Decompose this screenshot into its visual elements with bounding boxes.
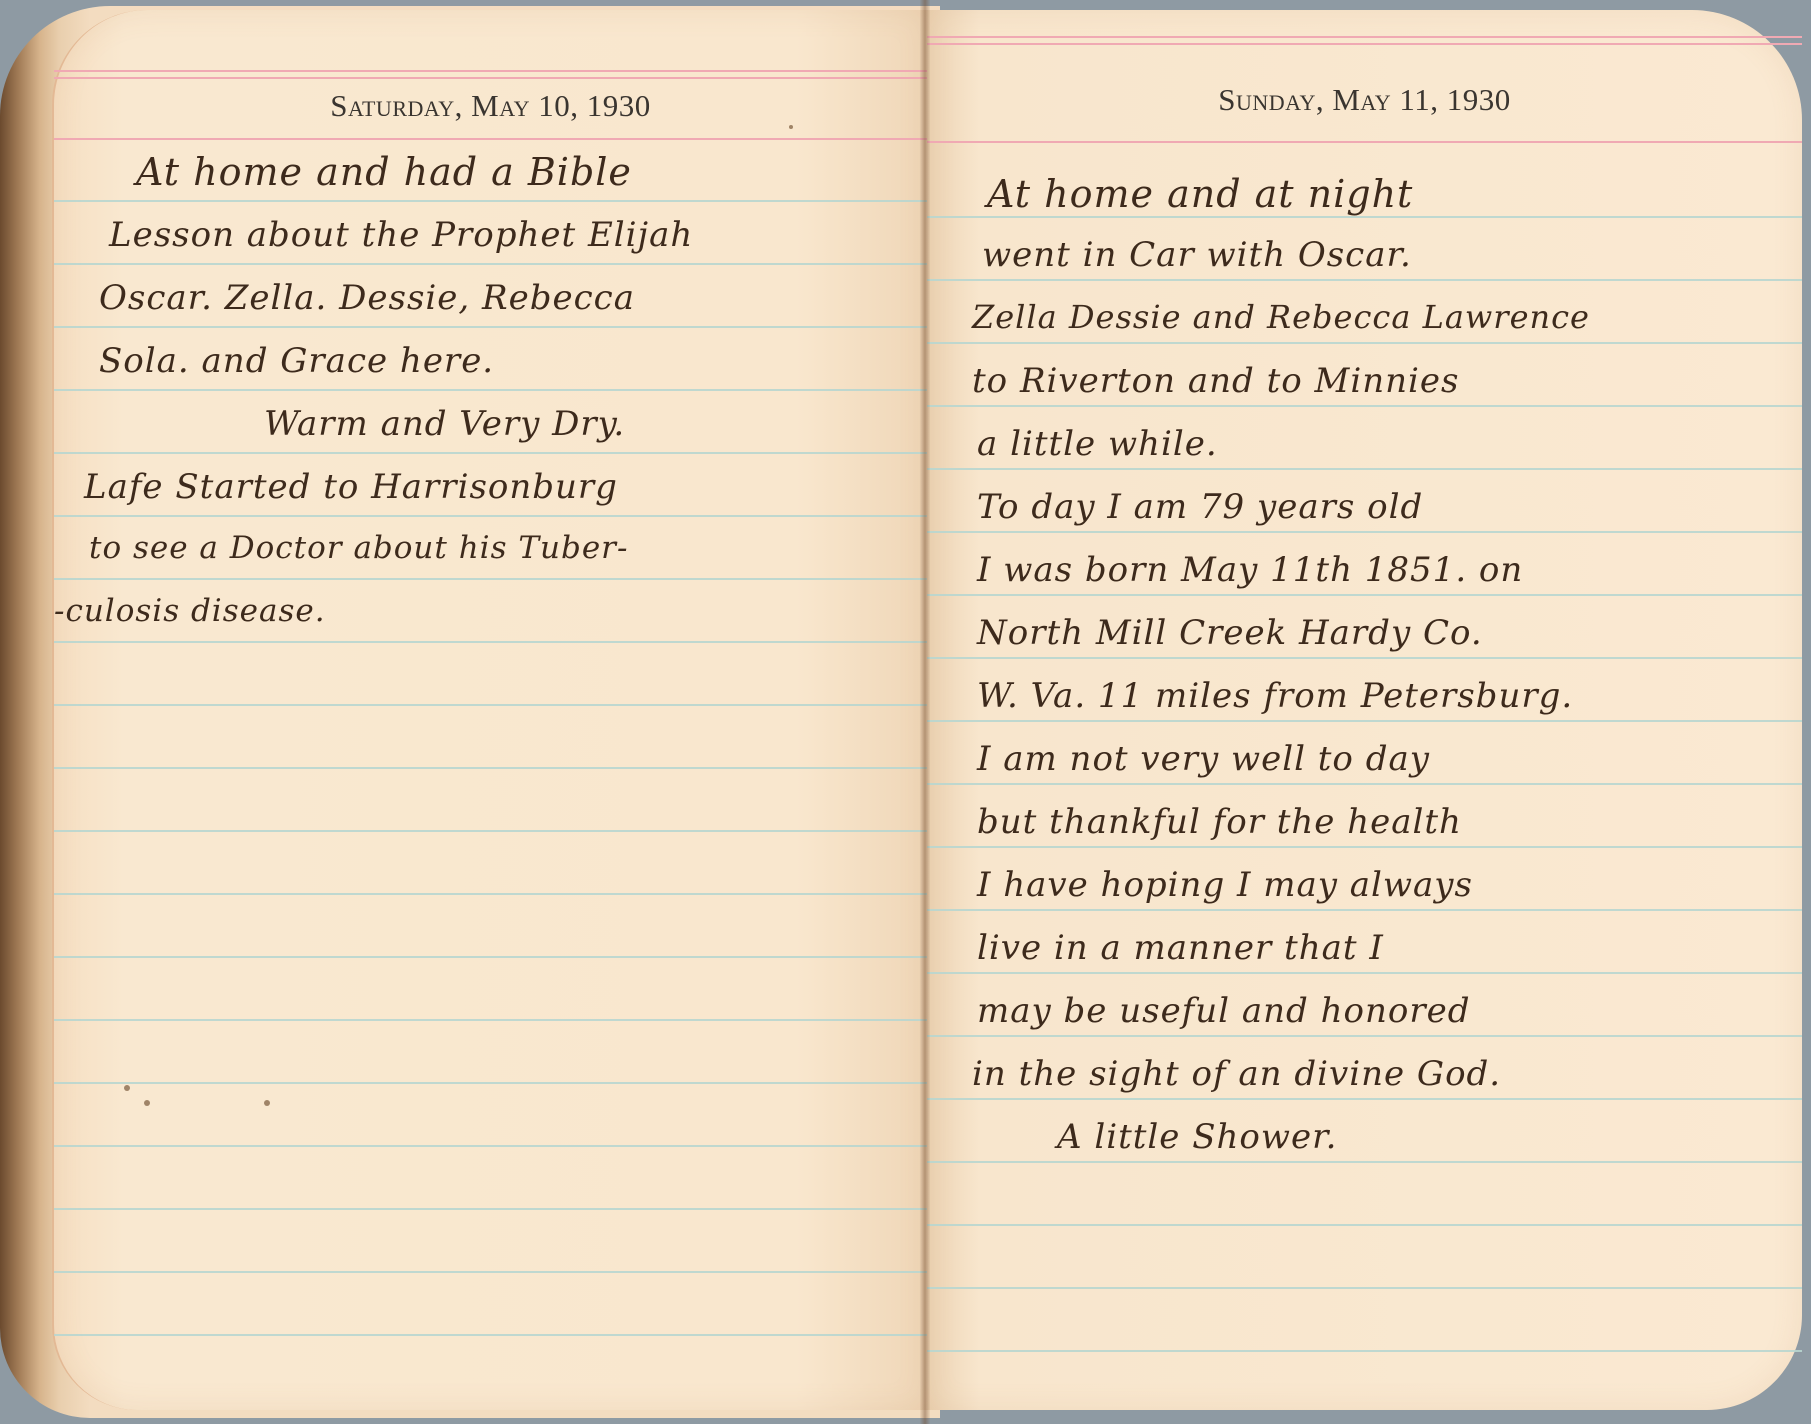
handwritten-line: but thankful for the health (977, 802, 1462, 842)
ink-spot (264, 1100, 270, 1106)
ruled-line (54, 641, 927, 643)
ruled-line (54, 515, 927, 517)
right-page: Sunday, May 11, 1930 At home and at nigh… (927, 10, 1802, 1410)
handwritten-line: Oscar. Zella. Dessie, Rebecca (99, 278, 635, 318)
ruled-line (927, 1098, 1802, 1100)
handwritten-line: At home and had a Bible (136, 150, 632, 194)
ruled-line (927, 972, 1802, 974)
handwritten-line: to see a Doctor about his Tuber- (89, 530, 628, 566)
ruled-line (54, 1019, 927, 1021)
handwritten-line: a little while. (977, 424, 1218, 464)
ruled-line (927, 1350, 1802, 1352)
ruled-line (54, 326, 927, 328)
handwritten-line: Warm and Very Dry. (264, 404, 625, 444)
handwritten-line: to Riverton and to Minnies (972, 361, 1459, 401)
ruled-line (927, 909, 1802, 911)
ruled-line (927, 216, 1802, 218)
ruled-line (54, 578, 927, 580)
handwritten-line: I was born May 11th 1851. on (977, 550, 1523, 590)
ruled-line (927, 1161, 1802, 1163)
ink-spot (789, 125, 793, 129)
handwritten-line: Lafe Started to Harrisonburg (84, 467, 618, 507)
pink-rule (927, 36, 1802, 38)
ruled-line (927, 1035, 1802, 1037)
handwritten-line: At home and at night (987, 172, 1413, 216)
handwritten-line: -culosis disease. (54, 593, 326, 629)
handwritten-line: Lesson about the Prophet Elijah (109, 215, 693, 255)
right-date-header: Sunday, May 11, 1930 (927, 82, 1802, 118)
ruled-line (54, 1271, 927, 1273)
ruled-line (54, 1145, 927, 1147)
ruled-line (54, 893, 927, 895)
handwritten-line: Sola. and Grace here. (99, 341, 494, 381)
ruled-line (54, 767, 927, 769)
ruled-line (927, 720, 1802, 722)
handwritten-line: may be useful and honored (977, 991, 1470, 1031)
left-date-header: Saturday, May 10, 1930 (54, 88, 927, 124)
handwritten-line: To day I am 79 years old (977, 487, 1423, 527)
ruled-line (927, 783, 1802, 785)
ruled-line (927, 1224, 1802, 1226)
ruled-line (927, 405, 1802, 407)
ruled-line (927, 468, 1802, 470)
handwritten-line: live in a manner that I (977, 928, 1384, 968)
ruled-line (54, 956, 927, 958)
handwritten-line: Zella Dessie and Rebecca Lawrence (972, 298, 1590, 336)
handwritten-line: W. Va. 11 miles from Petersburg. (977, 676, 1573, 716)
ruled-line (54, 1334, 927, 1336)
ink-spot (124, 1085, 130, 1091)
ruled-line (54, 704, 927, 706)
pink-rule (54, 70, 927, 72)
ink-spot (144, 1100, 150, 1106)
handwritten-line: in the sight of an divine God. (972, 1054, 1501, 1094)
pink-rule (927, 43, 1802, 45)
pink-rule (54, 138, 927, 140)
handwritten-line: A little Shower. (1057, 1117, 1337, 1157)
pink-rule (927, 141, 1802, 143)
ruled-line (927, 279, 1802, 281)
handwritten-line: I am not very well to day (977, 739, 1430, 779)
ruled-line (54, 200, 927, 202)
book-gutter (920, 0, 930, 1424)
ruled-line (54, 452, 927, 454)
ruled-line (54, 1208, 927, 1210)
ruled-line (927, 1287, 1802, 1289)
ruled-line (927, 594, 1802, 596)
open-diary: Saturday, May 10, 1930 At home and had a… (0, 0, 1811, 1424)
ruled-line (927, 531, 1802, 533)
ruled-line (927, 342, 1802, 344)
ruled-line (54, 263, 927, 265)
pink-rule (54, 77, 927, 79)
handwritten-line: went in Car with Oscar. (982, 235, 1412, 275)
ruled-line (54, 1082, 927, 1084)
ruled-line (54, 830, 927, 832)
handwritten-line: I have hoping I may always (977, 865, 1473, 905)
ruled-line (54, 389, 927, 391)
handwritten-line: North Mill Creek Hardy Co. (977, 613, 1483, 653)
left-page: Saturday, May 10, 1930 At home and had a… (52, 10, 927, 1410)
ruled-line (927, 657, 1802, 659)
ruled-line (927, 846, 1802, 848)
